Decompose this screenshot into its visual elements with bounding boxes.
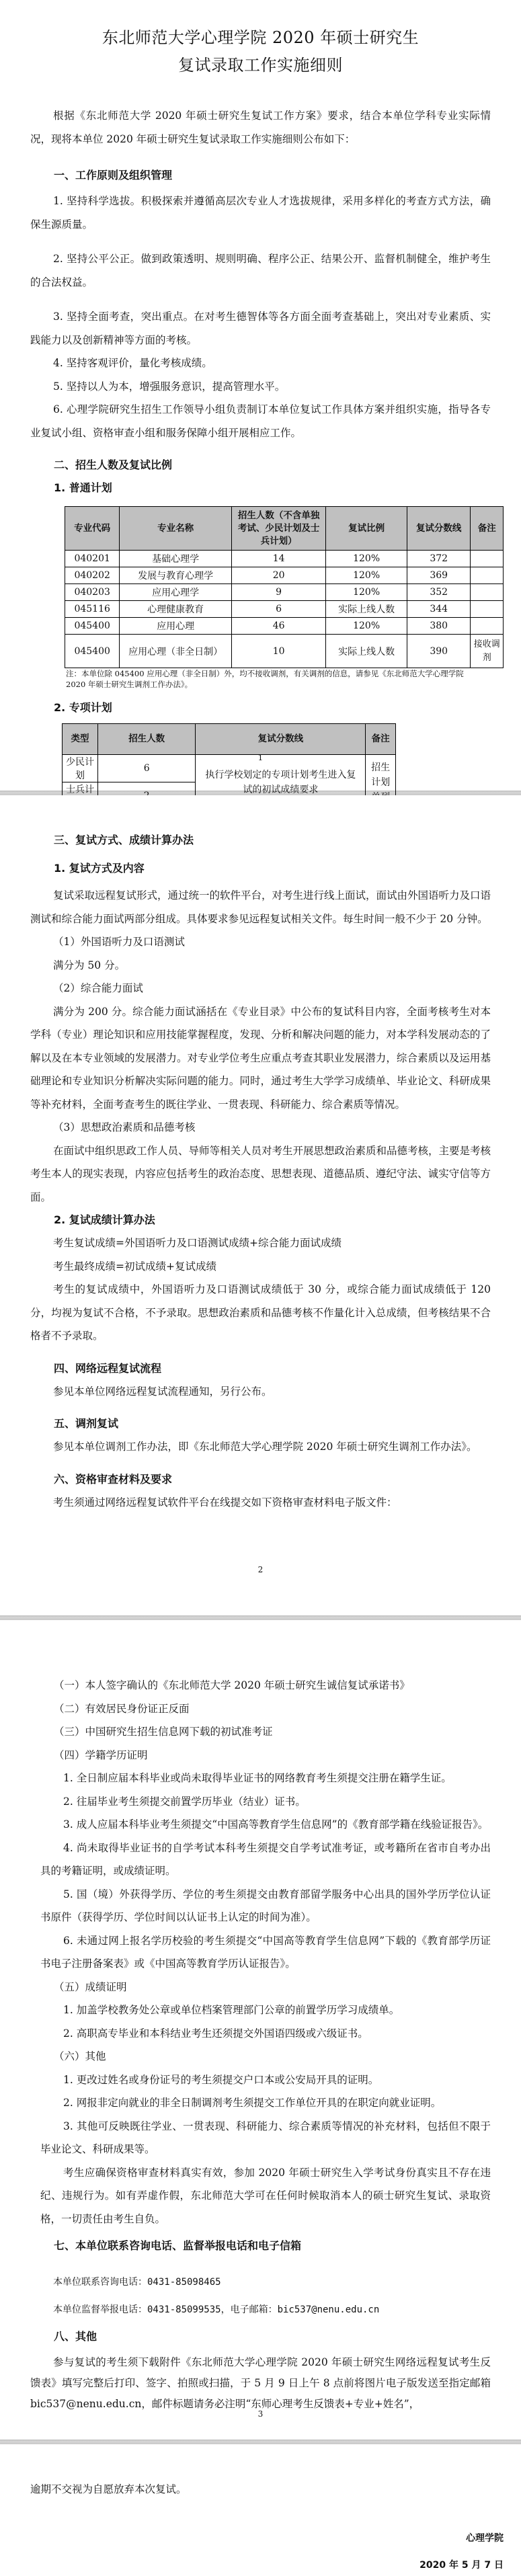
page-separator — [0, 2440, 521, 2444]
edu-item: 2. 往届毕业考生须提交前置学历毕业（结业）证书。 — [0, 1790, 521, 1814]
section7-heading: 七、本单位联系咨询电话、监督举报电话和电子信箱 — [0, 2235, 521, 2257]
page-4: 逾期不交视为自愿放弃本次复试。 心理学院 2020 年 5 月 7 日 — [0, 2444, 521, 2571]
edu-item: 5. 国（境）外获得学历、学位的考生须提交由教育部留学服务中心出具的国外学历学位… — [0, 1883, 521, 1929]
section4-heading: 四、网络远程复试流程 — [0, 1357, 521, 1380]
material-item: （四）学籍学历证明 — [0, 1744, 521, 1767]
section5-heading: 五、调剂复试 — [0, 1412, 521, 1435]
doc-title-line2: 复试录取工作实施细则 — [0, 53, 521, 77]
col-quota: 招生人数 — [97, 724, 196, 755]
page-1: 东北师范大学心理学院 2020 年硕士研究生 复试录取工作实施细则 根据《东北师… — [0, 0, 521, 791]
section4-text: 参见本单位网络远程复试流程通知，另行公布。 — [0, 1380, 521, 1404]
col-remark: 备注 — [366, 724, 396, 755]
score-item: 2. 高职高专毕业和本科结业考生还须提交外国语四级或六级证书。 — [0, 2022, 521, 2046]
table-row: 045400应用心理（非全日制）10实际上线人数390接收调剂 — [65, 635, 504, 668]
method-heading: 1. 复试方式及内容 — [0, 857, 521, 880]
table-header-row: 专业代码 专业名称 招生人数（不含单独考试、少民计划及士兵计划） 复试比例 复试… — [65, 507, 504, 551]
regular-plan-table: 专业代码 专业名称 招生人数（不含单独考试、少民计划及士兵计划） 复试比例 复试… — [65, 506, 504, 668]
material-item: （二）有效居民身份证正反面 — [0, 1697, 521, 1721]
authenticity-warning: 考生应确保资格审查材料真实有效，参加 2020 年硕士研究生入学考试身份真实且不… — [0, 2161, 521, 2231]
moral-title: （3）思想政治素质和品德考核 — [0, 1116, 521, 1139]
page-2: 三、复试方式、成绩计算办法 1. 复试方式及内容 复试采取远程复试形式，通过统一… — [0, 795, 521, 1615]
page-number: 1 — [0, 753, 521, 762]
col-quota: 招生人数（不含单独考试、少民计划及士兵计划） — [231, 507, 325, 551]
regular-plan-heading: 1. 普通计划 — [0, 477, 521, 499]
score-item: 1. 加盖学校教务处公章或单位档案管理部门公章的前置学历学习成绩单。 — [0, 1999, 521, 2022]
col-remark: 备注 — [471, 507, 504, 551]
section8-text: 参与复试的考生须下载附件《东北师范大学心理学院 2020 年硕士研究生网络远程复… — [0, 2352, 521, 2415]
table-row: 045400应用心理46120%380 — [65, 618, 504, 635]
other-title: （六）其他 — [0, 2045, 521, 2068]
formula-final: 考生最终成绩=初试成绩+复试成绩 — [0, 1255, 521, 1279]
col-code: 专业代码 — [65, 507, 120, 551]
section5-text: 参见本单位调剂工作办法，即《东北师范大学心理学院 2020 年硕士研究生调剂工作… — [0, 1435, 521, 1459]
material-item: （一）本人签字确认的《东北师范大学 2020 年硕士研究生诚信复试承诺书》 — [0, 1674, 521, 1697]
col-type: 类型 — [63, 724, 98, 755]
comprehensive-title: （2）综合能力面试 — [0, 977, 521, 1000]
score-calc-heading: 2. 复试成绩计算办法 — [0, 1209, 521, 1232]
foreign-language-text: 满分为 50 分。 — [0, 954, 521, 977]
section3-heading: 三、复试方式、成绩计算办法 — [0, 829, 521, 852]
edu-item: 4. 尚未取得毕业证书的自学考试本科考生须提交自学考试准考证，或考籍所在省市自考… — [0, 1837, 521, 1883]
report-contact: 本单位监督举报电话：0431-85099535，电子邮箱：bic537@nenu… — [0, 2298, 521, 2322]
col-name: 专业名称 — [120, 507, 232, 551]
table-note: 注：本单位除 045400 应用心理（非全日制）外，均不接收调剂，有关调剂的信息… — [0, 668, 521, 690]
table-row: 040202发展与教育心理学20120%369 — [65, 567, 504, 584]
formula-retest: 考生复试成绩=外国语听力及口语测试成绩+综合能力面试成绩 — [0, 1232, 521, 1255]
section6-heading: 六、资格审查材料及要求 — [0, 1468, 521, 1491]
table-row: 040201基础心理学14120%372 — [65, 551, 504, 567]
principle-2: 2. 坚持公平公正。做到政策透明、规则明确、程序公正、结果公开、监督机制健全，维… — [0, 247, 521, 294]
signature-org: 心理学院 — [0, 2528, 521, 2548]
table-row: 040203应用心理学9120%352 — [65, 584, 504, 601]
method-paragraph: 复试采取远程复试形式，通过统一的软件平台，对考生进行线上面试，面试由外国语听力及… — [0, 884, 521, 930]
comprehensive-text: 满分为 200 分。综合能力面试涵括在《专业目录》中公布的复试科目内容，全面考核… — [0, 1000, 521, 1117]
table-header-row: 类型 招生人数 复试分数线 备注 — [63, 724, 396, 755]
page-number: 3 — [0, 2409, 521, 2419]
page-3: （一）本人签字确认的《东北师范大学 2020 年硕士研究生诚信复试承诺书》 （二… — [0, 1620, 521, 2440]
principle-5: 5. 坚持以人为本，增强服务意识，提高管理水平。 — [0, 375, 521, 399]
signature-date: 2020 年 5 月 7 日 — [0, 2555, 521, 2575]
table-row: 045116心理健康教育6实际上线人数344 — [65, 601, 504, 618]
section1-heading: 一、工作原则及组织管理 — [0, 164, 521, 187]
intro-paragraph: 根据《东北师范大学 2020 年硕士研究生复试工作方案》要求，结合本单位学科专业… — [0, 104, 521, 151]
moral-text: 在面试中组织思政工作人员、导师等相关人员对考生开展思想政治素质和品德考核，主要是… — [0, 1139, 521, 1209]
material-item: （三）中国研究生招生信息网下载的初试准考证 — [0, 1720, 521, 1744]
col-score: 复试分数线 — [407, 507, 470, 551]
page-separator — [0, 1615, 521, 1620]
foreign-language-title: （1）外国语听力及口语测试 — [0, 930, 521, 954]
section8-heading: 八、其他 — [0, 2325, 521, 2348]
other-item: 1. 更改过姓名或身份证号的考生须提交户口本或公安局开具的证明。 — [0, 2068, 521, 2092]
principle-4: 4. 坚持客观评价，量化考核成绩。 — [0, 352, 521, 375]
other-item: 2. 网报非定向就业的非全日制调剂考生须提交工作单位开具的在职定向就业证明。 — [0, 2091, 521, 2115]
principle-6: 6. 心理学院研究生招生工作领导小组负责制订本单位复试工作具体方案并组织实施，指… — [0, 398, 521, 444]
deadline-notice: 逾期不交视为自愿放弃本次复试。 — [0, 2478, 521, 2501]
special-plan-heading: 2. 专项计划 — [0, 696, 521, 719]
section2-heading: 二、招生人数及复试比例 — [0, 454, 521, 477]
col-score: 复试分数线 — [196, 724, 366, 755]
contact-phone: 本单位联系咨询电话：0431-85098465 — [0, 2271, 521, 2294]
doc-title-line1: 东北师范大学心理学院 2020 年硕士研究生 — [0, 26, 521, 50]
col-ratio: 复试比例 — [326, 507, 407, 551]
principle-3: 3. 坚持全面考查，突出重点。在对考生德智体等各方面全面考查基础上，突出对专业素… — [0, 305, 521, 352]
edu-item: 3. 成人应届本科毕业考生须提交“中国高等教育学生信息网”的《教育部学籍在线验证… — [0, 1813, 521, 1837]
page-number: 2 — [0, 1565, 521, 1574]
fail-rules: 考生的复试成绩中，外国语听力及口语测试成绩低于 30 分，或综合能力面试成绩低于… — [0, 1278, 521, 1348]
edu-item: 6. 未通过网上报名学历校验的考生须提交“中国高等教育学生信息网”下载的《教育部… — [0, 1929, 521, 1976]
principle-1: 1. 坚持科学选拔。积极探索并遵循高层次专业人才选拔规律，采用多样化的考查方式方… — [0, 190, 521, 236]
section6-intro: 考生须通过网络远程复试软件平台在线提交如下资格审查材料电子版文件： — [0, 1491, 521, 1515]
other-item: 3. 其他可反映既往学业、一贯表现、科研能力、综合素质等情况的补充材料，包括但不… — [0, 2115, 521, 2161]
edu-item: 1. 全日制应届本科毕业或尚未取得毕业证书的网络教育考生须提交注册在籍学生证。 — [0, 1767, 521, 1790]
score-proof-title: （五）成绩证明 — [0, 1976, 521, 1999]
